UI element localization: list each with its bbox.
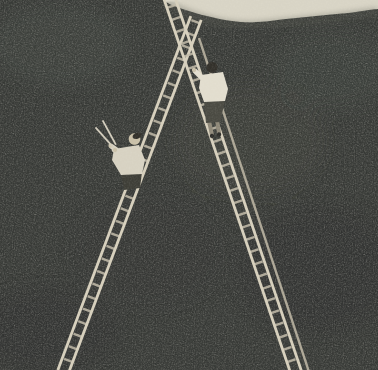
hedge-trimming-photo bbox=[0, 0, 378, 370]
photograph bbox=[0, 0, 378, 370]
print-grain-overall bbox=[0, 0, 378, 370]
